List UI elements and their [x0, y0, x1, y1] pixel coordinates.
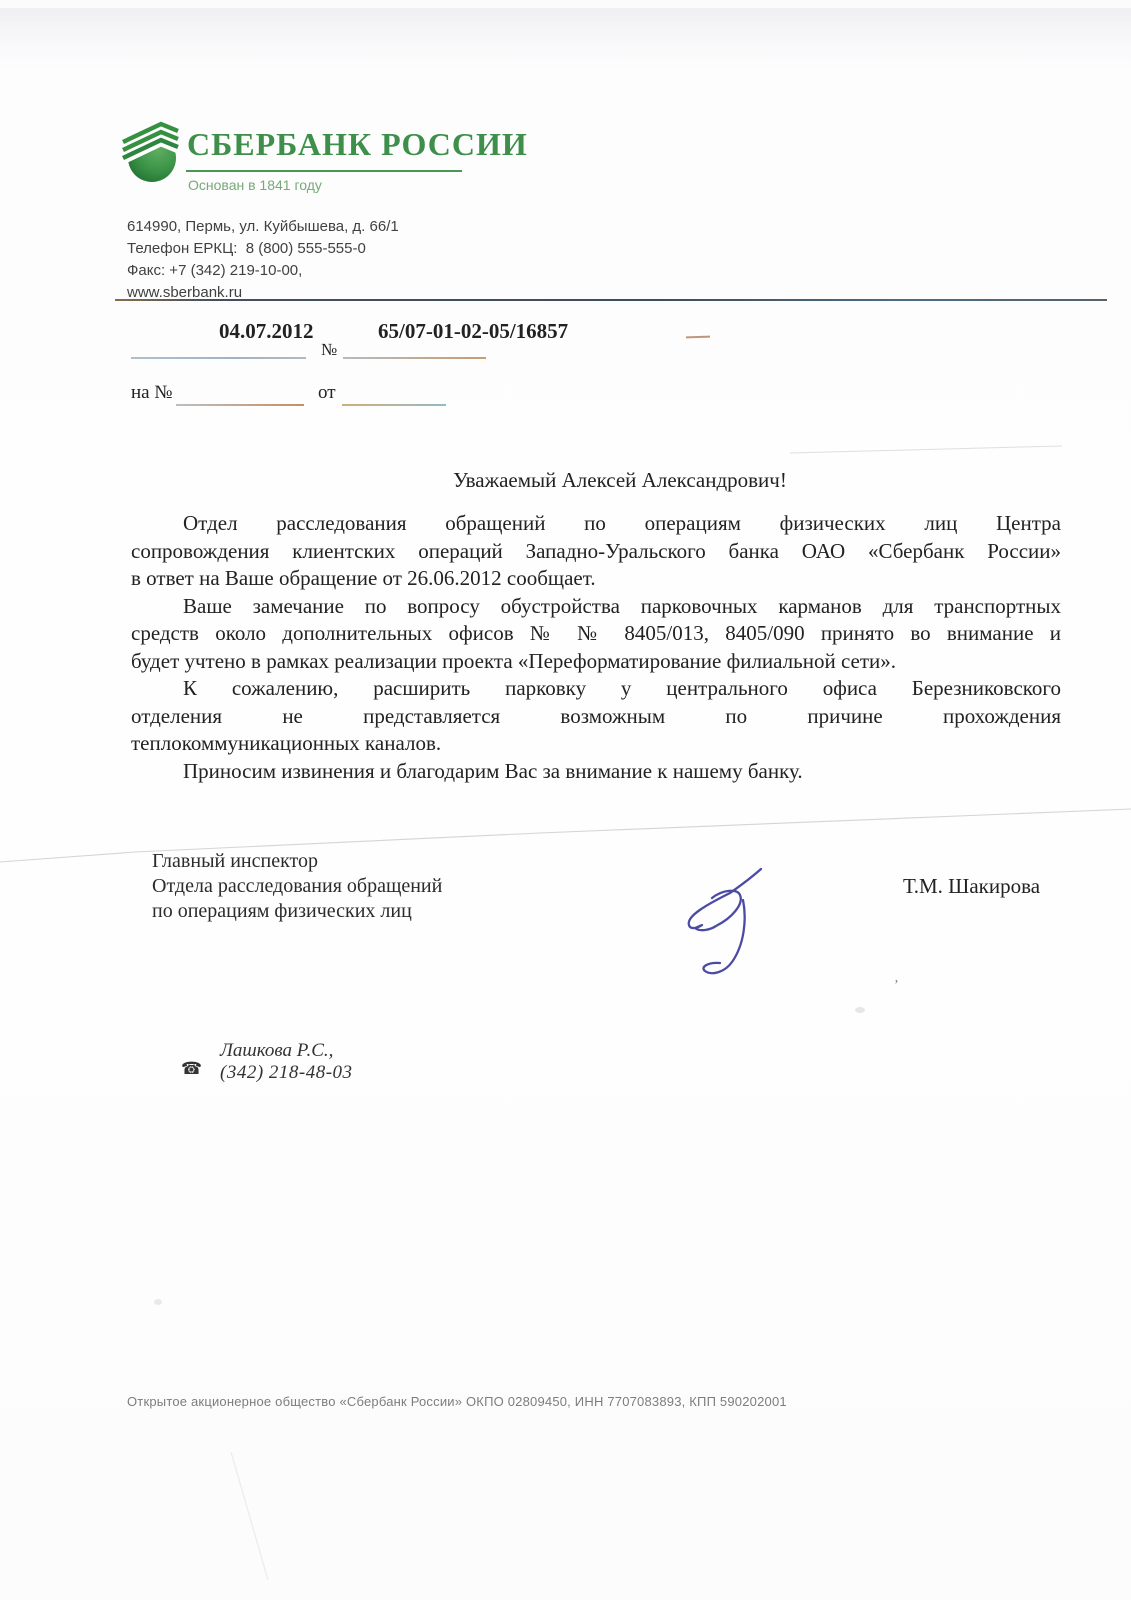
text-line: Телефон ЕРКЦ: 8 (800) 555-555-0: [127, 238, 399, 260]
text-line: 614990, Пермь, ул. Куйбышева, д. 66/1: [127, 216, 399, 238]
body-line: Отдел расследования обращений по операци…: [131, 510, 1061, 538]
body-line: Ваше замечание по вопросу обустройства п…: [131, 593, 1061, 621]
letter-body: Отдел расследования обращений по операци…: [131, 510, 1061, 785]
body-line: отделения не представляется возможным по…: [131, 703, 1061, 731]
text-line: Отдела расследования обращений: [152, 874, 442, 899]
reply-number-underline: [176, 404, 304, 406]
text-line: Главный инспектор: [152, 849, 442, 874]
bank-tagline: Основан в 1841 году: [188, 177, 322, 193]
reply-to-number-label: на №: [131, 382, 172, 404]
scan-smudge: [154, 1299, 162, 1305]
date-underline: [131, 357, 306, 359]
crease-line: [231, 1452, 268, 1580]
letter-number: 65/07-01-02-05/16857: [378, 319, 568, 344]
body-line: средств около дополнительных офисов № № …: [131, 620, 1061, 648]
body-line: К сожалению, расширить парковку у центра…: [131, 675, 1061, 703]
text-line: Факс: +7 (342) 219-10-00,: [127, 260, 399, 282]
number-underline: [343, 357, 486, 359]
bank-address-block: 614990, Пермь, ул. Куйбышева, д. 66/1Тел…: [127, 216, 399, 304]
stray-ink-tick: ’: [894, 978, 899, 994]
company-requisites-footer: Открытое акционерное общество «Сбербанк …: [127, 1394, 787, 1409]
body-line: теплокоммуникационных каналов.: [131, 730, 1061, 758]
body-line: в ответ на Ваше обращение от 26.06.2012 …: [131, 565, 1061, 593]
reply-from-label: от: [318, 382, 336, 404]
reply-date-underline: [342, 404, 446, 406]
scanned-letter-page: СБЕРБАНК РОССИИ Основан в 1841 году 6149…: [0, 0, 1131, 1600]
header-divider: [115, 299, 1107, 301]
scan-shadow-band: [0, 8, 1131, 70]
executor-name: Лашкова Р.С.,: [220, 1040, 333, 1062]
body-line: Приносим извинения и благодарим Вас за в…: [131, 758, 1061, 786]
number-sign: №: [321, 340, 337, 360]
executor-phone: (342) 218-48-03: [220, 1062, 353, 1084]
handwritten-signature: [640, 840, 780, 990]
signer-name: Т.М. Шакирова: [903, 874, 1040, 899]
body-line: сопровождения клиентских операций Западн…: [131, 538, 1061, 566]
stray-dash-mark: [686, 336, 710, 339]
sberbank-logo-icon: [116, 118, 182, 184]
text-line: по операциям физических лиц: [152, 899, 442, 924]
letter-date: 04.07.2012: [219, 319, 314, 344]
telephone-icon: ☎: [181, 1059, 202, 1079]
body-line: будет учтено в рамках реализации проекта…: [131, 648, 1061, 676]
bank-title-underline: [186, 170, 462, 172]
crease-line: [790, 446, 1062, 453]
salutation: Уважаемый Алексей Александрович!: [165, 468, 1075, 493]
signer-position-block: Главный инспекторОтдела расследования об…: [152, 849, 442, 924]
scan-smudge: [855, 1007, 865, 1013]
bank-title: СБЕРБАНК РОССИИ: [187, 126, 487, 163]
